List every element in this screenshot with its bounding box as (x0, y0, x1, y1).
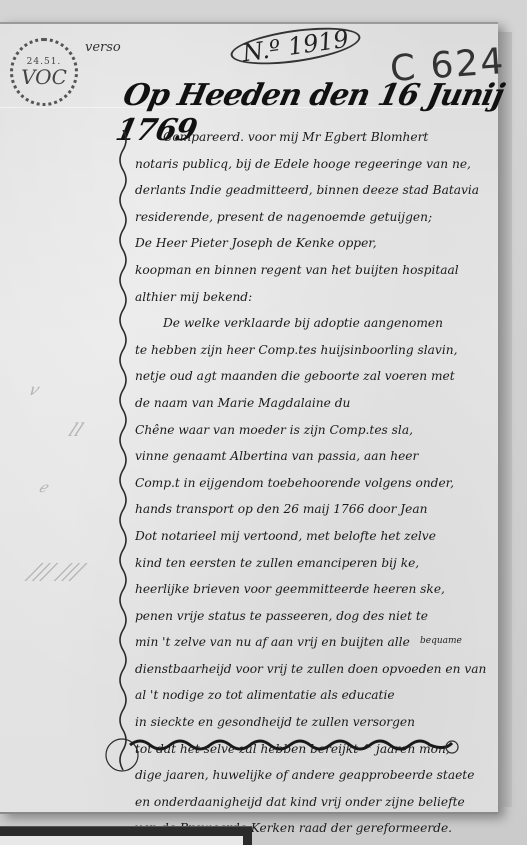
text-line: te hebben zijn heer Comp.tes huijsinboor… (135, 337, 490, 364)
text-line: Compareerd. voor mij Mr Egbert Blomhert (135, 124, 490, 151)
deed-body: Compareerd. voor mij Mr Egbert Blomhert … (135, 124, 490, 842)
text-line: derlants Indie geadmitteerd, binnen deez… (135, 177, 490, 204)
text-line-party-name: De Heer Pieter Joseph de Kenke opper, (135, 230, 490, 257)
underlying-page-surface (0, 836, 243, 845)
text-line: althier mij bekend: (135, 284, 490, 311)
text-line: notaris publicq, bij de Edele hooge rege… (135, 151, 490, 178)
voc-monogram-icon: VOC (21, 67, 67, 87)
bleed-through-ink: v ll e /// /// (20, 360, 120, 650)
text-line: hands transport op den 26 maij 1766 door… (135, 496, 490, 523)
text-line: vinne genaamt Albertina van passia, aan … (135, 443, 490, 470)
text-line: en onderdaanigheijd dat kind vrij onder … (135, 789, 490, 816)
text-line: dienstbaarheijd voor vrij te zullen doen… (135, 656, 490, 683)
text-line: Chêne waar van moeder is zijn Comp.tes s… (135, 417, 490, 444)
text-line: dige jaaren, huwelijke of andere geappro… (135, 762, 490, 789)
voc-seal-stamp: 24.51. VOC (10, 38, 78, 106)
text-line: tot dat het selve zal hebben bereijkt ^ … (135, 736, 490, 763)
text-line: heerlijke brieven voor geemmitteerde hee… (135, 576, 490, 603)
text-line: kind ten eersten te zullen emanciperen b… (135, 550, 490, 577)
interlinear-insertion: bequame (420, 636, 462, 646)
text-line: al 't nodige zo tot alimentatie als educ… (135, 682, 490, 709)
text-line: netje oud agt maanden die geboorte zal v… (135, 363, 490, 390)
text-line: residerende, present de nagenoemde getui… (135, 204, 490, 231)
text-line: Dot notarieel mij vertoond, met belofte … (135, 523, 490, 550)
text-line: Comp.t in eijgendom toebehoorende volgen… (135, 470, 490, 497)
text-line: koopman en binnen regent van het buijten… (135, 257, 490, 284)
document-number: N.º 1919 (230, 30, 361, 62)
text-line: in sieckte en gesondheijd te zullen vers… (135, 709, 490, 736)
text-line: penen vrije status te passeeren, dog des… (135, 603, 490, 630)
underlying-page-edge (0, 826, 252, 845)
text-line: De welke verklaarde bij adoptie aangenom… (135, 310, 490, 337)
text-line-child-name: de naam van Marie Magdalaine du (135, 390, 490, 417)
margin-note: verso (85, 40, 121, 55)
